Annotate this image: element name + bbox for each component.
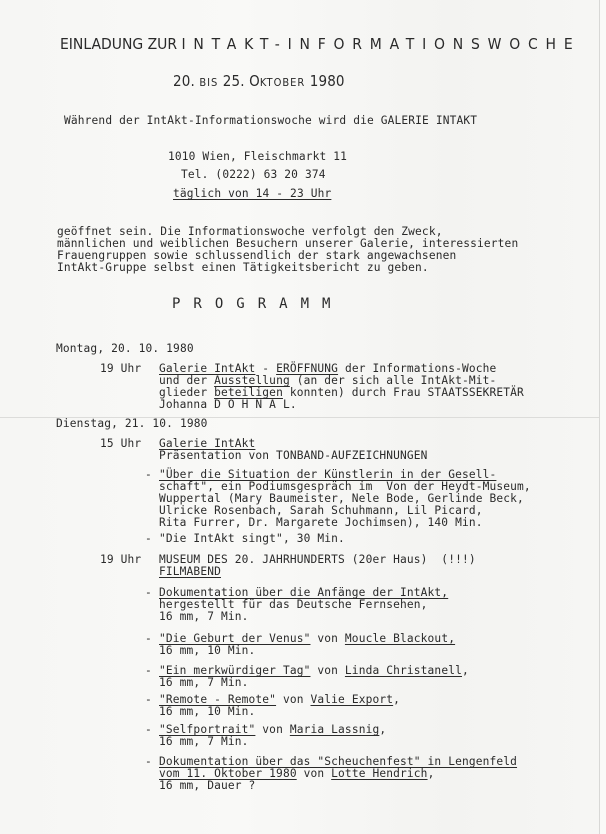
list-dash: - bbox=[145, 586, 152, 599]
film-line: 16 mm, 7 Min. bbox=[159, 610, 249, 623]
film-specs: 16 mm, 10 Min. bbox=[159, 644, 255, 657]
date-month-rest: KTOBER bbox=[260, 76, 305, 89]
comma: , bbox=[428, 767, 435, 780]
date-to: 25. bbox=[223, 72, 245, 90]
film-specs: 16 mm, Dauer ? bbox=[159, 779, 255, 792]
list-item-line: Rita Furrer, Dr. Margarete Jochimsen), 1… bbox=[159, 516, 483, 529]
date-month-initial: O bbox=[249, 72, 260, 90]
list-dash: - bbox=[145, 755, 152, 768]
list-dash: - bbox=[145, 693, 152, 706]
address-street: 1010 Wien, Fleischmarkt 11 bbox=[168, 150, 347, 163]
film-von: von bbox=[297, 767, 331, 780]
list-dash: - bbox=[145, 723, 152, 736]
event-line: Johanna D O H N A L. bbox=[159, 398, 297, 411]
film-specs: 16 mm, 10 Min. bbox=[159, 705, 255, 718]
list-dash: - bbox=[145, 532, 152, 545]
list-dash: - bbox=[145, 632, 152, 645]
event-time: 19 Uhr bbox=[100, 553, 141, 566]
day-heading-tuesday: Dienstag, 21. 10. 1980 bbox=[56, 417, 207, 430]
date-bis: BIS bbox=[199, 76, 218, 89]
event-text: konnten) durch Frau STAATSSEKRETÄR bbox=[283, 386, 524, 399]
event-time: 15 Uhr bbox=[100, 437, 141, 450]
title-prefix: EINLADUNG ZUR bbox=[60, 35, 177, 53]
film-author: Lotte Hendrich bbox=[331, 767, 427, 780]
film-author: Moucle Blackout, bbox=[345, 632, 455, 645]
list-item-line: "Die IntAkt singt", 30 Min. bbox=[159, 532, 345, 545]
intro-text: Während der IntAkt-Informationswoche wir… bbox=[64, 114, 477, 127]
opening-hours: täglich von 14 - 23 Uhr bbox=[173, 187, 331, 200]
film-von: von bbox=[276, 693, 310, 706]
address-phone: Tel. (0222) 63 20 374 bbox=[181, 168, 326, 181]
comma: , bbox=[393, 693, 400, 706]
date-from: 20. bbox=[173, 72, 195, 90]
program-heading: PROGRAMM bbox=[172, 298, 343, 311]
event-subtitle: FILMABEND bbox=[159, 565, 221, 578]
list-dash: - bbox=[145, 468, 152, 481]
event-subtitle: Präsentation von TONBAND-AUFZEICHNUNGEN bbox=[159, 449, 428, 462]
paragraph-line: IntAkt-Gruppe selbst einen Tätigkeitsber… bbox=[57, 261, 429, 274]
document-title: EINLADUNG ZUR INTAKT-INFORMATIONSWOCHE bbox=[60, 38, 580, 51]
background-strip bbox=[600, 0, 606, 834]
comma: , bbox=[462, 664, 469, 677]
film-von: von bbox=[255, 723, 289, 736]
event-time: 19 Uhr bbox=[100, 362, 141, 375]
film-author: Maria Lassnig bbox=[290, 723, 380, 736]
list-dash: - bbox=[145, 664, 152, 677]
film-von: von bbox=[310, 632, 344, 645]
film-specs: 16 mm, 7 Min. bbox=[159, 676, 249, 689]
film-author: Valie Export bbox=[311, 693, 394, 706]
film-specs: 16 mm, 7 Min. bbox=[159, 735, 249, 748]
event-dates: 20. BIS 25. OKTOBER 1980 bbox=[173, 75, 345, 89]
film-von: von bbox=[310, 664, 344, 677]
day-heading-monday: Montag, 20. 10. 1980 bbox=[56, 342, 194, 355]
film-author: Linda Christanell bbox=[345, 664, 462, 677]
date-year: 1980 bbox=[310, 72, 345, 90]
comma: , bbox=[379, 723, 386, 736]
title-main: INTAKT-INFORMATIONSWOCHE bbox=[182, 35, 581, 53]
